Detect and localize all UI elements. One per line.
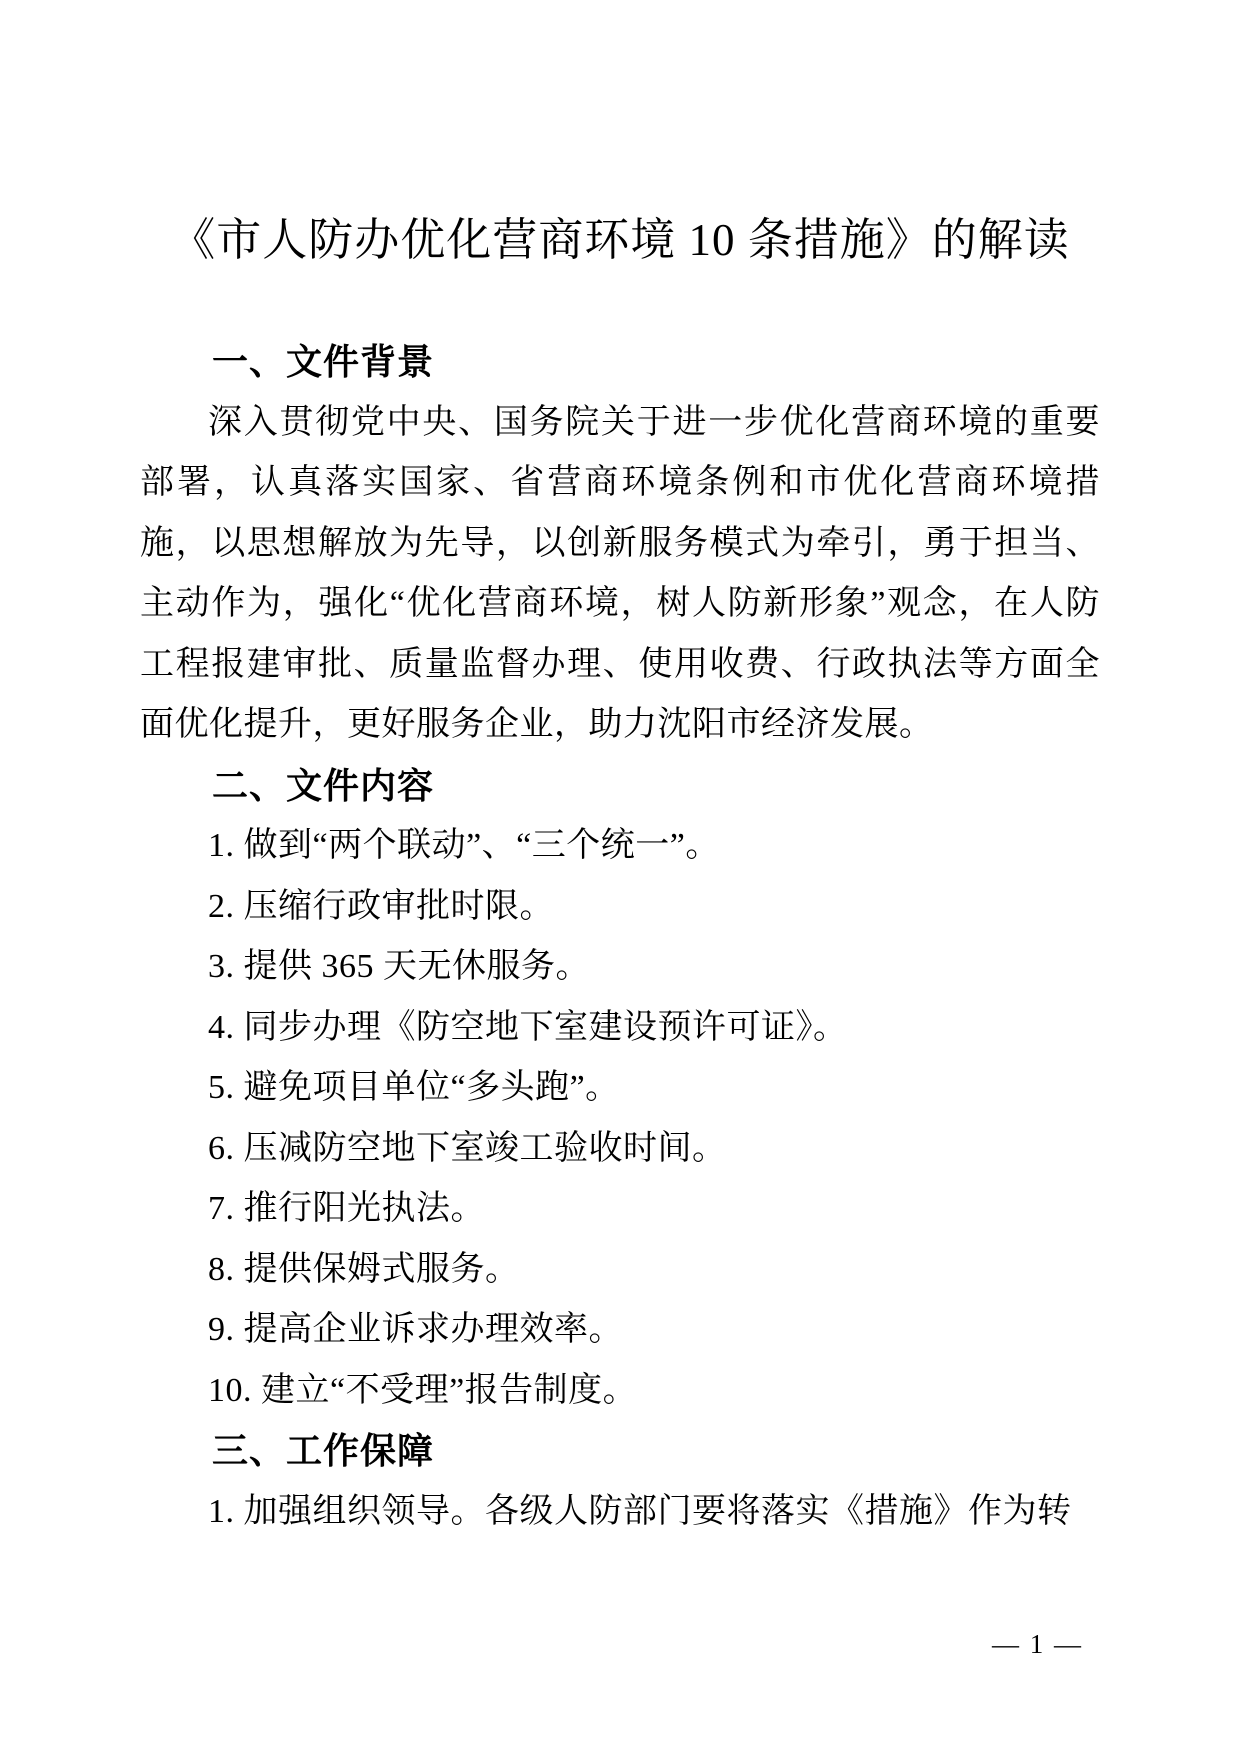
section-background: 一、文件背景 深入贯彻党中央、国务院关于进一步优化营商环境的重要部署，认真落实国… (140, 332, 1100, 756)
content-item-1: 1. 做到“两个联动”、“三个统一”。 (140, 816, 1100, 877)
content-item-10: 10. 建立“不受理”报告制度。 (140, 1361, 1100, 1422)
content-item-9: 9. 提高企业诉求办理效率。 (140, 1300, 1100, 1361)
section-content-heading: 二、文件内容 (140, 756, 1100, 817)
section-guarantee-heading: 三、工作保障 (140, 1421, 1100, 1482)
content-item-7: 7. 推行阳光执法。 (140, 1179, 1100, 1240)
content-item-2: 2. 压缩行政审批时限。 (140, 877, 1100, 938)
section-background-heading: 一、文件背景 (140, 332, 1100, 393)
section-background-paragraph: 深入贯彻党中央、国务院关于进一步优化营商环境的重要部署，认真落实国家、省营商环境… (140, 393, 1100, 756)
section-guarantee-paragraph: 1. 加强组织领导。各级人防部门要将落实《措施》作为转 (140, 1482, 1100, 1543)
section-content: 二、文件内容 1. 做到“两个联动”、“三个统一”。 2. 压缩行政审批时限。 … (140, 756, 1100, 1422)
document-content: 《市人防办优化营商环境 10 条措施》的解读 一、文件背景 深入贯彻党中央、国务… (140, 0, 1100, 1542)
content-item-3: 3. 提供 365 天无休服务。 (140, 937, 1100, 998)
document-title: 《市人防办优化营商环境 10 条措施》的解读 (140, 205, 1100, 275)
document-page: 《市人防办优化营商环境 10 条措施》的解读 一、文件背景 深入贯彻党中央、国务… (0, 0, 1241, 1754)
content-item-6: 6. 压减防空地下室竣工验收时间。 (140, 1119, 1100, 1180)
content-item-4: 4. 同步办理《防空地下室建设预许可证》。 (140, 998, 1100, 1059)
section-guarantee: 三、工作保障 1. 加强组织领导。各级人防部门要将落实《措施》作为转 (140, 1421, 1100, 1542)
content-item-8: 8. 提供保姆式服务。 (140, 1240, 1100, 1301)
content-item-5: 5. 避免项目单位“多头跑”。 (140, 1058, 1100, 1119)
page-number: — 1 — (992, 1628, 1083, 1660)
